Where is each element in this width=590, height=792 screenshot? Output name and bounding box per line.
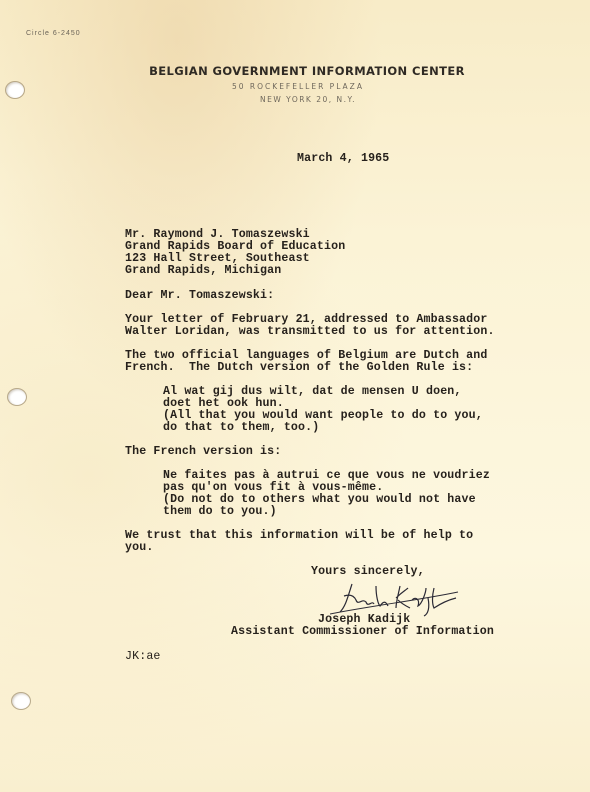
letter-date: March 4, 1965 (297, 153, 389, 165)
paragraph-line: you. (125, 542, 153, 554)
paragraph-3: The French version is: (125, 446, 281, 458)
reference-initials: JK:ae (125, 651, 161, 663)
letterhead-address-line1: 50 Rockefeller Plaza (232, 82, 364, 91)
punch-hole (8, 389, 26, 405)
paragraph-line: We trust that this information will be o… (125, 530, 473, 542)
signer-title: Assistant Commissioner of Information (231, 626, 494, 638)
closing: Yours sincerely, (311, 566, 425, 578)
punch-hole (6, 82, 24, 98)
handwritten-signature (330, 578, 460, 618)
letterhead-organization: BELGIAN GOVERNMENT INFORMATION CENTER (142, 64, 472, 78)
salutation: Dear Mr. Tomaszewski: (125, 290, 274, 302)
letterhead-address-line2: New York 20, N.Y. (260, 95, 356, 104)
paragraph-line: Walter Loridan, was transmitted to us fo… (125, 326, 495, 338)
letterhead-phone: Circle 6-2450 (26, 30, 81, 37)
quote-line: them do to you.) (163, 506, 277, 518)
quote-line: do that to them, too.) (163, 422, 319, 434)
letterhead: BELGIAN GOVERNMENT INFORMATION CENTER 50… (142, 64, 472, 78)
recipient-city: Grand Rapids, Michigan (125, 265, 281, 277)
punch-hole (12, 693, 30, 709)
paragraph-line: French. The Dutch version of the Golden … (125, 362, 473, 374)
